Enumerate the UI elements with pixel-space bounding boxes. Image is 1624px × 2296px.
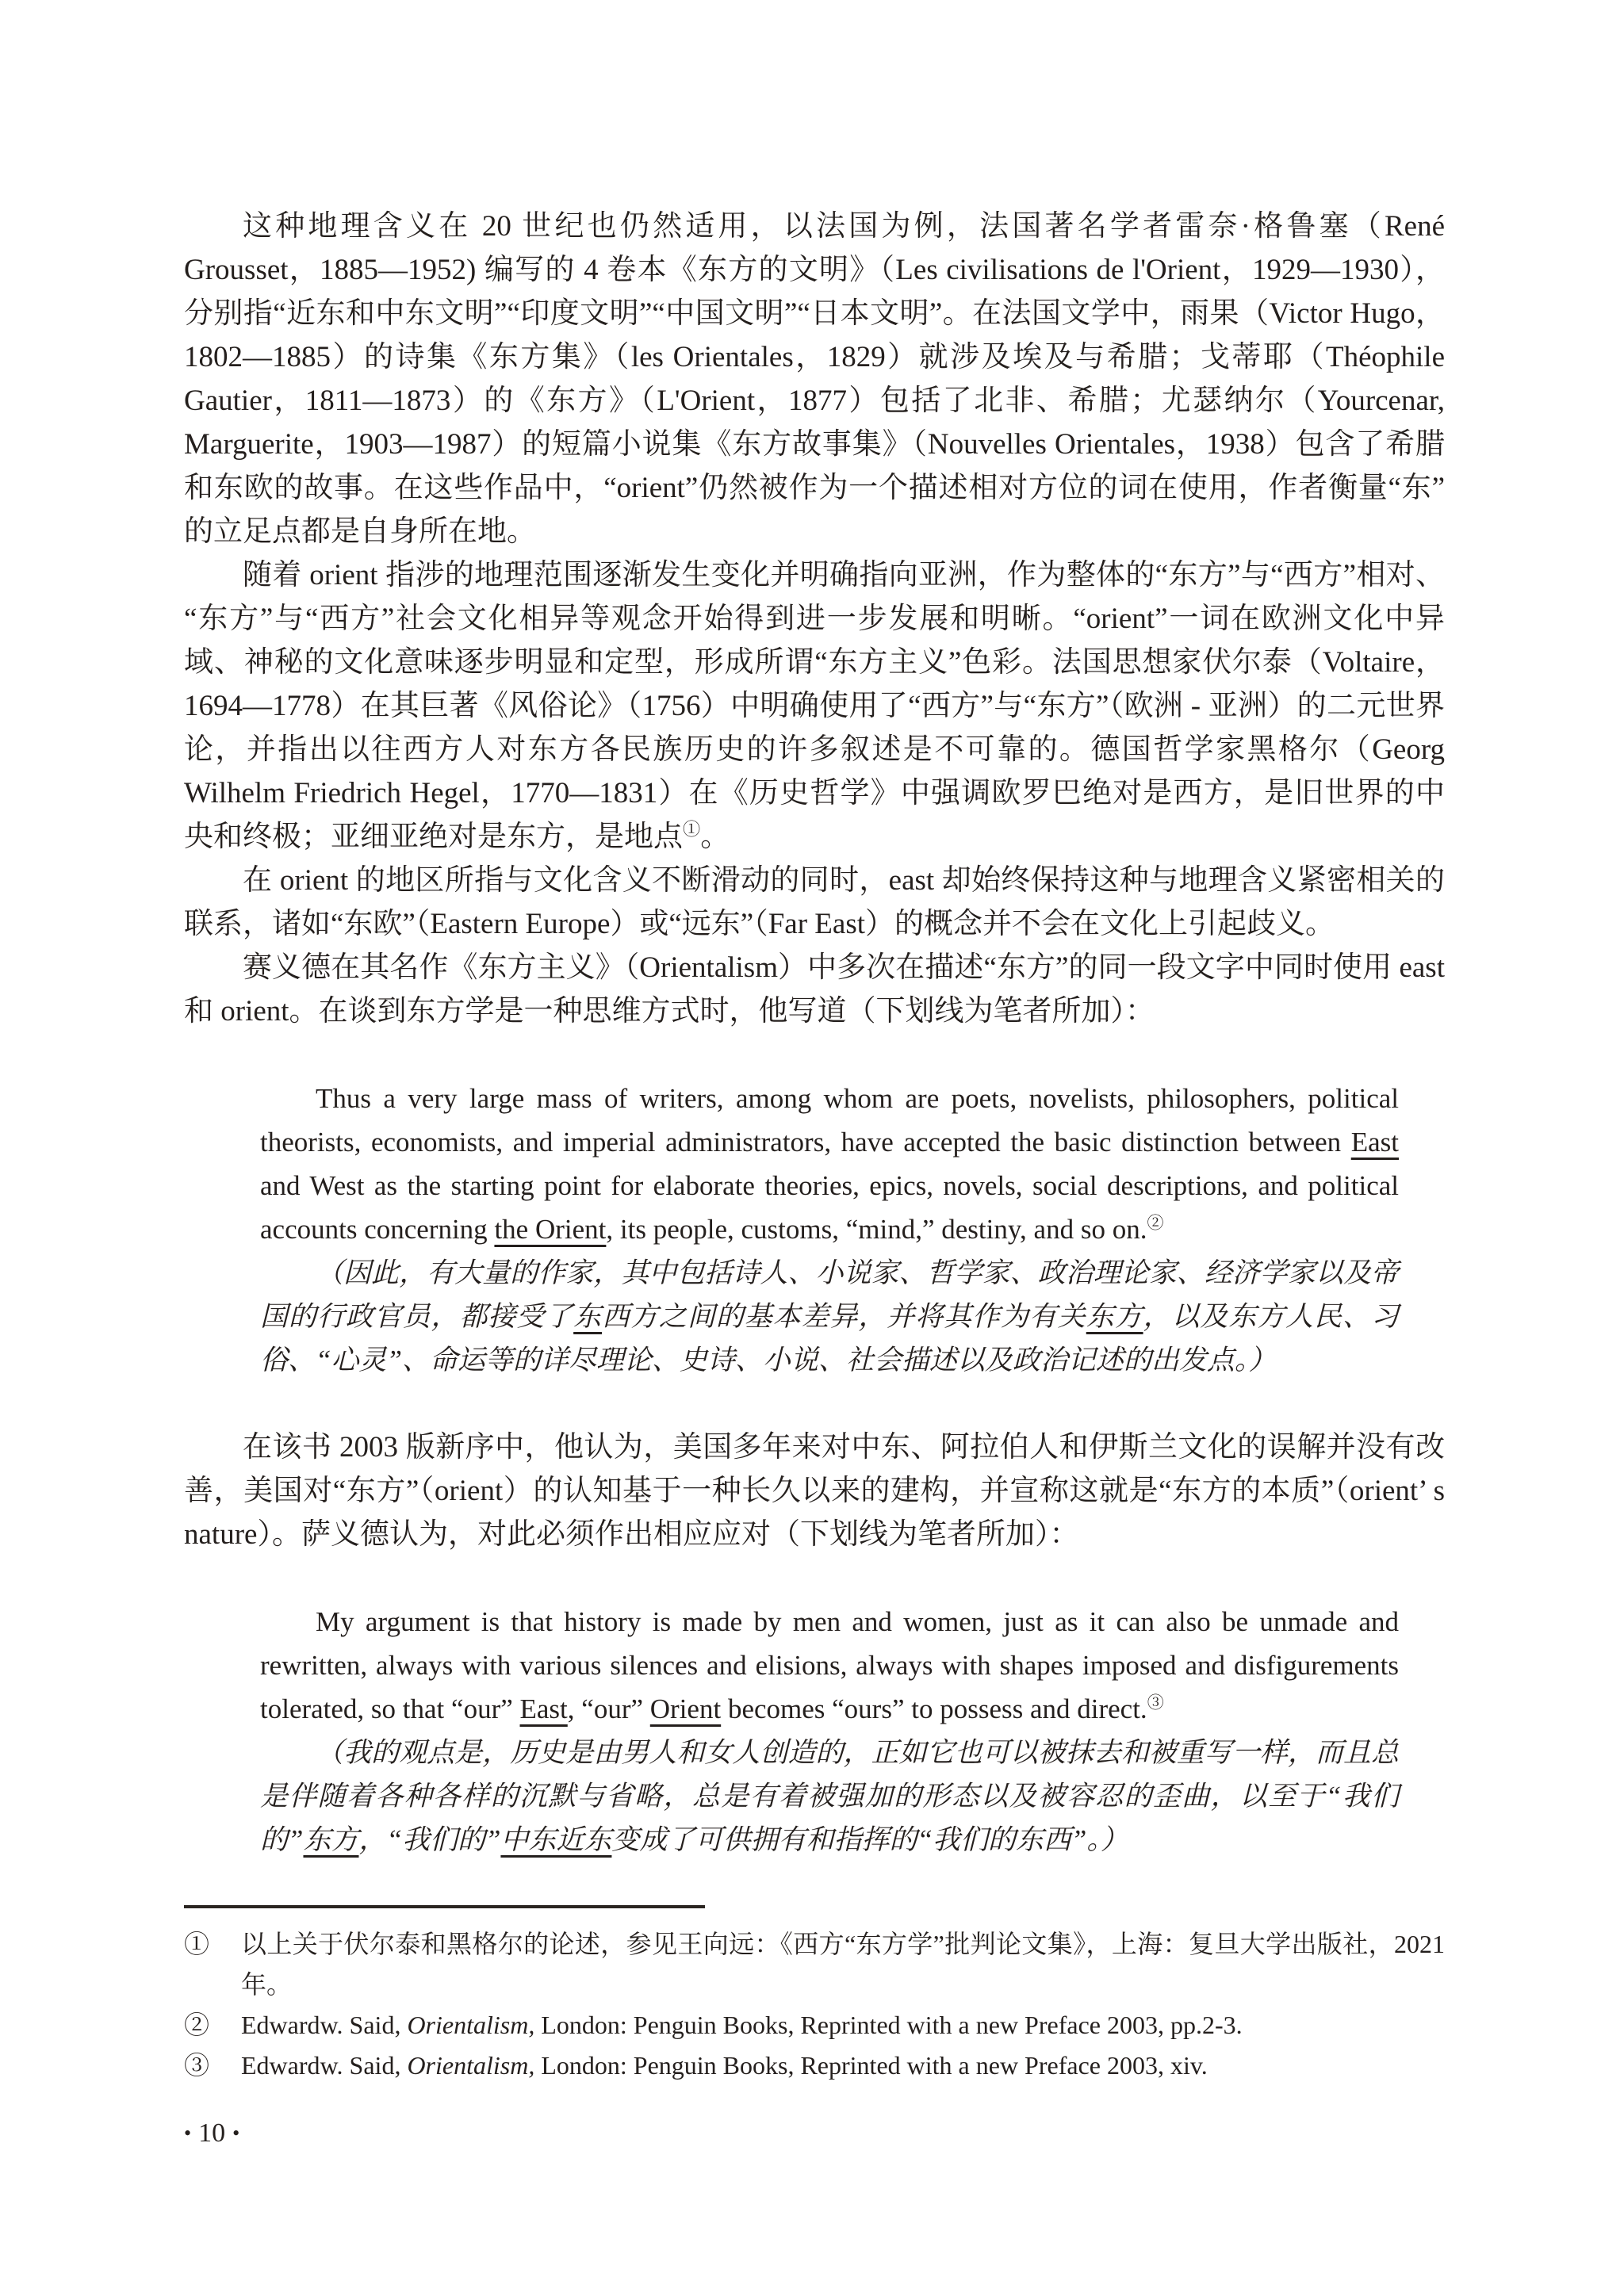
page-number-value: 10 — [198, 2118, 225, 2149]
paragraph-text: 随着 orient 指涉的地理范围逐渐发生变化并明确指向亚洲，作为整体的“东方”… — [184, 559, 1445, 853]
paragraph-text-tail: 。 — [700, 821, 730, 853]
citation-author: Edwardw. Said, — [241, 2011, 407, 2039]
footnote-marker: ① — [184, 1924, 241, 2005]
underlined-dong: 东 — [573, 1301, 602, 1332]
quote-segment: , its people, customs, “mind,” destiny, … — [606, 1214, 1147, 1245]
citation-title-italic: Orientalism, — [407, 2011, 534, 2039]
underlined-east: East — [1351, 1127, 1399, 1158]
footnote-text: 以上关于伏尔泰和黑格尔的论述，参见王向远：《西方“东方学”批判论文集》，上海：复… — [241, 1924, 1445, 2005]
footnote-3: ③ Edwardw. Said, Orientalism, London: Pe… — [184, 2045, 1445, 2086]
citation-author: Edwardw. Said, — [241, 2051, 407, 2080]
quote-segment: 变成了可供拥有和指挥的“我们的东西”。） — [611, 1824, 1128, 1855]
quote1-english-text: Thus a very large mass of writers, among… — [260, 1077, 1399, 1251]
page-number: •10• — [184, 2118, 239, 2149]
underlined-the-orient: the Orient — [494, 1214, 606, 1245]
quote1-chinese-translation: （因此，有大量的作家，其中包括诗人、小说家、哲学家、政治理论家、经济学家以及帝国… — [260, 1251, 1399, 1382]
underlined-dongfang: 东方 — [1086, 1301, 1143, 1332]
quote-segment: 西方之间的基本差异，并将其作为有关 — [602, 1301, 1086, 1332]
citation-details: London: Penguin Books, Reprinted with a … — [534, 2051, 1207, 2080]
document-page: 这种地理含义在 20 世纪也仍然适用，以法国为例，法国著名学者雷奈·格鲁塞（Re… — [0, 0, 1624, 2296]
footnote-ref-2: ② — [1147, 1213, 1163, 1232]
paragraph-said-orientalism-intro: 赛义德在其名作《东方主义》（Orientalism）中多次在描述“东方”的同一段… — [184, 946, 1445, 1033]
paragraph-geographic-meaning-20th-century: 这种地理含义在 20 世纪也仍然适用，以法国为例，法国著名学者雷奈·格鲁塞（Re… — [184, 205, 1445, 553]
footnote-1: ① 以上关于伏尔泰和黑格尔的论述，参见王向远：《西方“东方学”批判论文集》，上海… — [184, 1924, 1445, 2005]
underlined-east: East — [520, 1693, 568, 1724]
quote2-chinese-translation: （我的观点是，历史是由男人和女人创造的，正如它也可以被抹去和被重写一样，而且总是… — [260, 1731, 1399, 1862]
quote-segment: , “our” — [568, 1693, 650, 1724]
footnote-divider — [184, 1905, 705, 1908]
paragraph-2003-preface: 在该书 2003 版新序中，他认为，美国多年来对中东、阿拉伯人和伊斯兰文化的误解… — [184, 1425, 1445, 1556]
footnotes-section: ① 以上关于伏尔泰和黑格尔的论述，参见王向远：《西方“东方学”批判论文集》，上海… — [184, 1905, 1445, 2086]
blockquote-orientalism-1: Thus a very large mass of writers, among… — [260, 1077, 1399, 1382]
underlined-zhongdong-jindong: 中东近东 — [500, 1824, 611, 1855]
footnote-2: ② Edwardw. Said, Orientalism, London: Pe… — [184, 2005, 1445, 2045]
quote-segment: Thus a very large mass of writers, among… — [260, 1083, 1399, 1158]
paragraph-orient-scope-shift: 随着 orient 指涉的地理范围逐渐发生变化并明确指向亚洲，作为整体的“东方”… — [184, 553, 1445, 859]
quote2-english-text: My argument is that history is made by m… — [260, 1600, 1399, 1731]
citation-details: London: Penguin Books, Reprinted with a … — [534, 2011, 1242, 2039]
paragraph-east-geographic-link: 在 orient 的地区所指与文化含义不断滑动的同时，east 却始终保持这种与… — [184, 859, 1445, 946]
footnote-marker: ③ — [184, 2045, 241, 2086]
footnote-marker: ② — [184, 2005, 241, 2045]
footnote-text: Edwardw. Said, Orientalism, London: Peng… — [241, 2045, 1445, 2086]
underlined-dongfang: 东方 — [303, 1824, 358, 1855]
footnote-text: Edwardw. Said, Orientalism, London: Peng… — [241, 2005, 1445, 2045]
underlined-orient: Orient — [650, 1693, 721, 1724]
quote-segment: becomes “ours” to possess and direct. — [721, 1693, 1147, 1724]
page-number-dot-right: • — [232, 2123, 239, 2144]
quote-segment: ，“我们的” — [358, 1824, 500, 1855]
footnote-ref-3: ③ — [1147, 1693, 1164, 1712]
page-number-dot-left: • — [184, 2123, 191, 2144]
footnote-ref-1: ① — [683, 820, 700, 840]
blockquote-orientalism-2: My argument is that history is made by m… — [260, 1600, 1399, 1862]
citation-title-italic: Orientalism, — [407, 2051, 534, 2080]
